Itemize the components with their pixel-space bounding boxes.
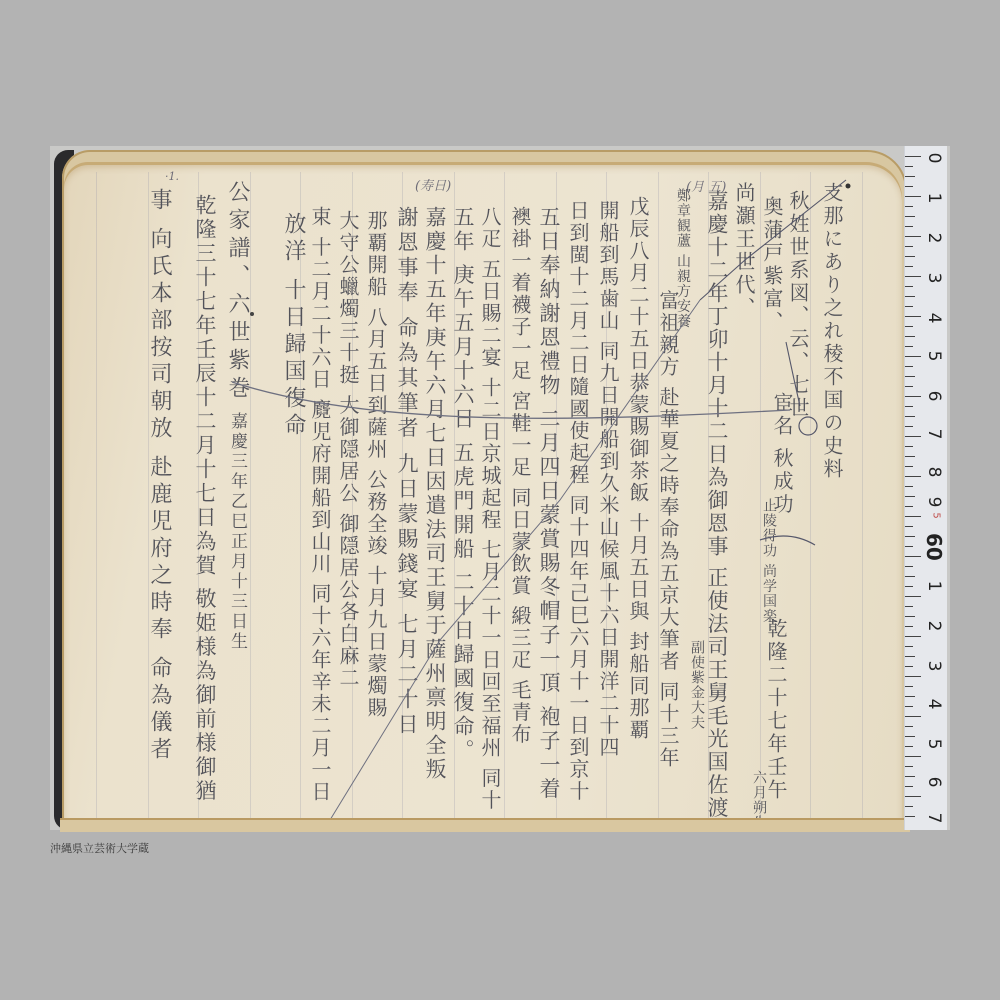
- ruler-label: 2: [924, 617, 944, 635]
- ruler-label: 1: [924, 189, 944, 207]
- ruler-label: 4: [924, 695, 944, 713]
- ruler-label: 7: [924, 809, 944, 827]
- ruler-label: 4: [924, 309, 944, 327]
- page-bottom-edge: [60, 818, 910, 832]
- pencil-marks: [0, 0, 1000, 1000]
- ruler-label: 8: [924, 463, 944, 481]
- ruler-label: 60: [922, 533, 946, 551]
- collection-credit-caption: 沖縄県立芸術大学蔵: [50, 840, 149, 856]
- ruler-label: 3: [924, 269, 944, 287]
- measuring-ruler: 0 1 2 3 4 5 6 7 8 9 5 60 1 2 3 4 5 6 7: [904, 146, 947, 830]
- ruler-label: 6: [924, 773, 944, 791]
- ruler-label: 7: [924, 425, 944, 443]
- ruler-label: 5: [924, 347, 944, 365]
- ruler-label: 0: [924, 149, 944, 167]
- ruler-label: 1: [924, 577, 944, 595]
- ruler-label: 5: [924, 735, 944, 753]
- ruler-label: 2: [924, 229, 944, 247]
- ruler-label: 3: [924, 657, 944, 675]
- ruler-label: 6: [924, 387, 944, 405]
- ruler-label-red: 5: [931, 507, 942, 525]
